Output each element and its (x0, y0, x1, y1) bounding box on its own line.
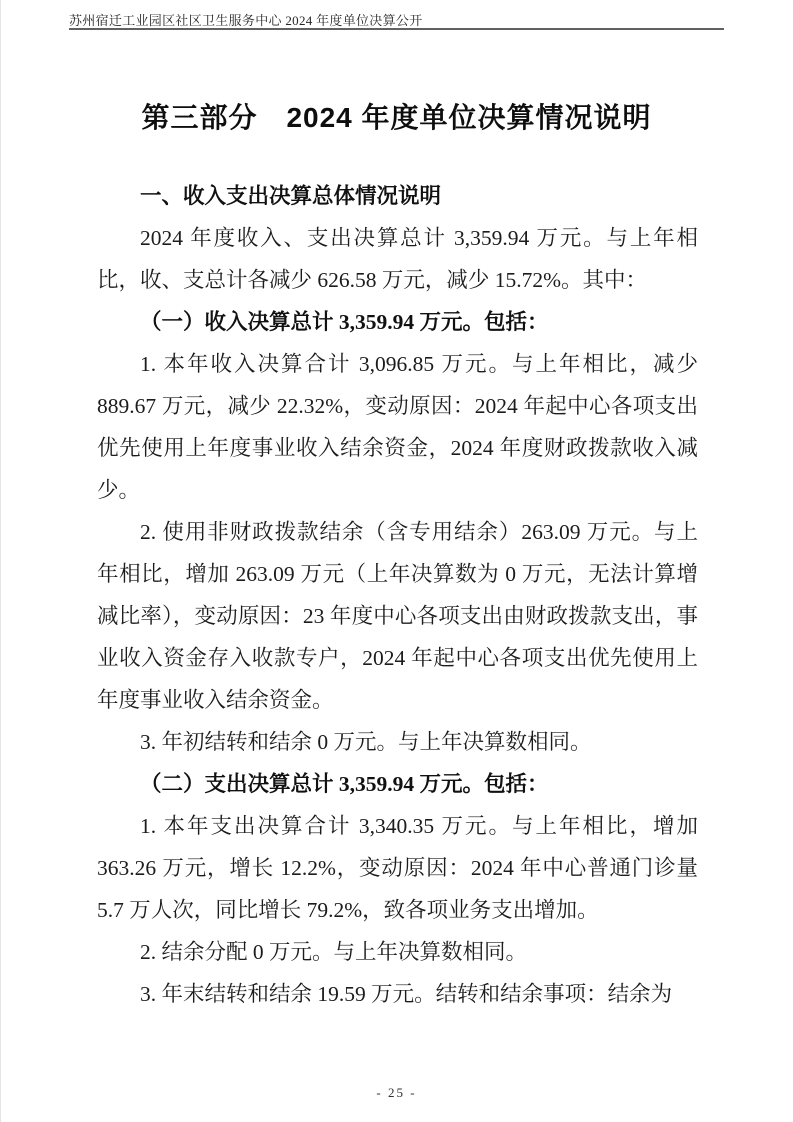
document-page: 苏州宿迁工业园区社区卫生服务中心 2024 年度单位决算公开 第三部分 2024… (0, 0, 793, 1122)
paragraph-expense-item-2: 2. 结余分配 0 万元。与上年决算数相同。 (97, 931, 698, 973)
document-body: 一、收入支出决算总体情况说明 2024 年度收入、支出决算总计 3,359.94… (97, 175, 698, 1015)
document-title: 第三部分 2024 年度单位决算情况说明 (60, 98, 733, 138)
section-heading-expense-total: （二）支出决算总计 3,359.94 万元。包括： (97, 763, 698, 805)
scan-edge-artifact (0, 0, 1, 1122)
paragraph-overview-totals: 2024 年度收入、支出决算总计 3,359.94 万元。与上年相比，收、支总计… (97, 217, 698, 301)
header-divider-rule (69, 28, 724, 30)
paragraph-income-item-2: 2. 使用非财政拨款结余（含专用结余）263.09 万元。与上年相比，增加 26… (97, 511, 698, 721)
paragraph-expense-item-3: 3. 年末结转和结余 19.59 万元。结转和结余事项：结余为 (97, 973, 698, 1015)
paragraph-expense-item-1: 1. 本年支出决算合计 3,340.35 万元。与上年相比，增加 363.26 … (97, 805, 698, 931)
paragraph-income-item-3: 3. 年初结转和结余 0 万元。与上年决算数相同。 (97, 721, 698, 763)
page-footer: - 25 - (0, 1085, 793, 1101)
paragraph-income-item-1: 1. 本年收入决算合计 3,096.85 万元。与上年相比，减少 889.67 … (97, 343, 698, 511)
section-heading-overview: 一、收入支出决算总体情况说明 (97, 175, 698, 217)
section-heading-income-total: （一）收入决算总计 3,359.94 万元。包括： (97, 301, 698, 343)
page-number: - 25 - (376, 1085, 416, 1100)
page-header-text: 苏州宿迁工业园区社区卫生服务中心 2024 年度单位决算公开 (69, 13, 423, 28)
